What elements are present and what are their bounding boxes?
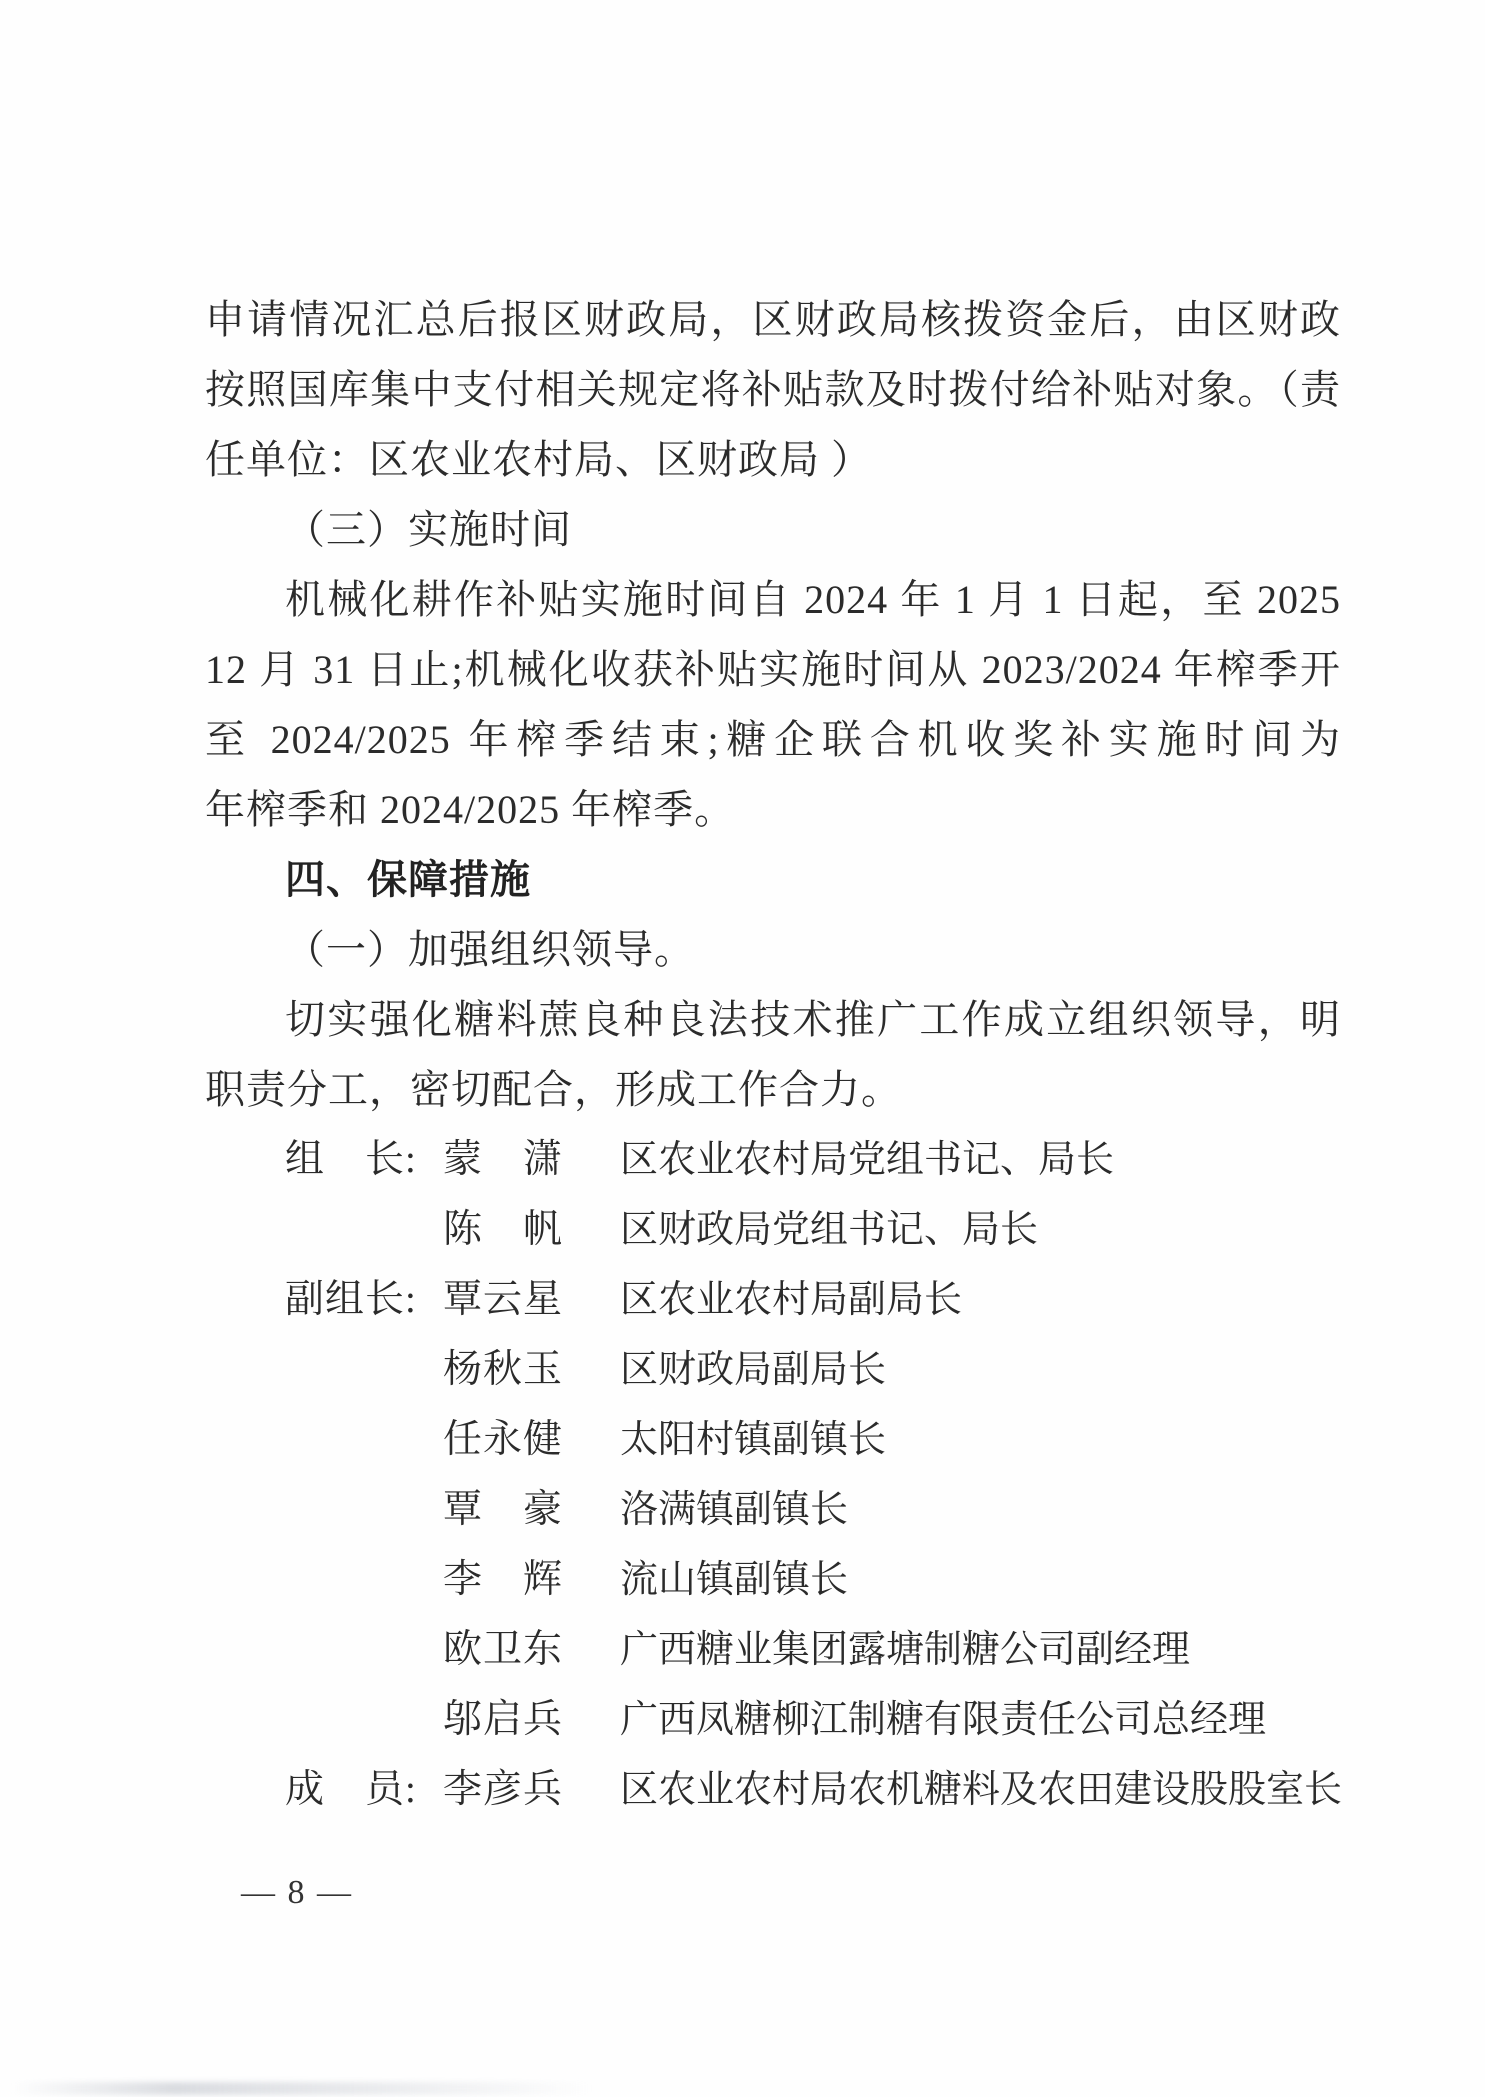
roster-row: 任永健 太阳村镇副镇长 — [285, 1405, 1341, 1475]
text-line: （一）加强组织领导。 — [205, 915, 1341, 985]
roster-title: 区财政局副局长 — [620, 1335, 1341, 1405]
page-number: — 8 — — [241, 1874, 353, 1912]
roster-name: 李彦兵 — [443, 1755, 620, 1825]
text-line: 机械化耕作补贴实施时间自 2024 年 1 月 1 日起，至 2025 年 — [205, 565, 1341, 635]
roster-row: 成 员: 李彦兵 区农业农村局农机糖料及农田建设股股室长 — [285, 1755, 1341, 1825]
roster-name: 李 辉 — [443, 1545, 620, 1615]
roster-title: 区农业农村局副局长 — [620, 1265, 1341, 1335]
text-line: 按照国库集中支付相关规定将补贴款及时拨付给补贴对象。（责 — [205, 355, 1341, 425]
scan-artifact — [12, 2082, 592, 2095]
roster-title: 区农业农村局农机糖料及农田建设股股室长 — [620, 1755, 1342, 1825]
roster-row: 邬启兵 广西凤糖柳江制糖有限责任公司总经理 — [285, 1685, 1341, 1755]
roster-name: 覃云星 — [443, 1265, 620, 1335]
roster-name: 覃 豪 — [443, 1475, 620, 1545]
text-line: 四、保障措施 — [205, 845, 1341, 915]
text-line: 任单位：区农业农村局、区财政局 ） — [205, 425, 1341, 495]
roster-role — [285, 1405, 443, 1475]
roster-title: 流山镇副镇长 — [620, 1545, 1341, 1615]
roster-role — [285, 1685, 443, 1755]
roster-row: 欧卫东 广西糖业集团露塘制糖公司副经理 — [285, 1615, 1341, 1685]
roster-name: 陈 帆 — [443, 1195, 620, 1265]
roster-title: 广西凤糖柳江制糖有限责任公司总经理 — [620, 1685, 1341, 1755]
roster-name: 邬启兵 — [443, 1685, 620, 1755]
roster-title: 太阳村镇副镇长 — [620, 1405, 1341, 1475]
roster-name: 任永健 — [443, 1405, 620, 1475]
roster-row: 杨秋玉 区财政局副局长 — [285, 1335, 1341, 1405]
text-line: （三）实施时间 — [205, 495, 1341, 565]
roster-row: 陈 帆 区财政局党组书记、局长 — [285, 1195, 1341, 1265]
text-line: 申请情况汇总后报区财政局，区财政局核拨资金后，由区财政局 — [205, 285, 1341, 355]
roster-role — [285, 1335, 443, 1405]
paragraph-lines: 申请情况汇总后报区财政局，区财政局核拨资金后，由区财政局按照国库集中支付相关规定… — [205, 285, 1341, 1125]
document-page: 申请情况汇总后报区财政局，区财政局核拨资金后，由区财政局按照国库集中支付相关规定… — [0, 0, 1485, 2097]
roster-role — [285, 1195, 443, 1265]
leadership-roster: 组 长: 蒙 潇 区农业农村局党组书记、局长 陈 帆 区财政局党组书记、局长 副… — [285, 1125, 1341, 1825]
roster-role: 副组长: — [285, 1265, 443, 1335]
roster-role: 成 员: — [285, 1755, 443, 1825]
roster-name: 杨秋玉 — [443, 1335, 620, 1405]
roster-name: 蒙 潇 — [443, 1125, 620, 1195]
text-line: 至 2024/2025 年榨季结束;糖企联合机收奖补实施时间为 2023/202… — [205, 705, 1341, 775]
document-body: 申请情况汇总后报区财政局，区财政局核拨资金后，由区财政局按照国库集中支付相关规定… — [205, 285, 1341, 1825]
roster-title: 洛满镇副镇长 — [620, 1475, 1341, 1545]
roster-row: 覃 豪 洛满镇副镇长 — [285, 1475, 1341, 1545]
text-line: 职责分工，密切配合，形成工作合力。 — [205, 1055, 1341, 1125]
roster-title: 区财政局党组书记、局长 — [620, 1195, 1341, 1265]
roster-row: 组 长: 蒙 潇 区农业农村局党组书记、局长 — [285, 1125, 1341, 1195]
text-line: 12 月 31 日止;机械化收获补贴实施时间从 2023/2024 年榨季开始， — [205, 635, 1341, 705]
text-line: 切实强化糖料蔗良种良法技术推广工作成立组织领导，明确 — [205, 985, 1341, 1055]
roster-row: 副组长: 覃云星 区农业农村局副局长 — [285, 1265, 1341, 1335]
text-line: 年榨季和 2024/2025 年榨季。 — [205, 775, 1341, 845]
roster-role — [285, 1615, 443, 1685]
roster-name: 欧卫东 — [443, 1615, 620, 1685]
roster-role — [285, 1475, 443, 1545]
roster-role: 组 长: — [285, 1125, 443, 1195]
roster-role — [285, 1545, 443, 1615]
roster-row: 李 辉 流山镇副镇长 — [285, 1545, 1341, 1615]
roster-title: 区农业农村局党组书记、局长 — [620, 1125, 1341, 1195]
roster-title: 广西糖业集团露塘制糖公司副经理 — [620, 1615, 1341, 1685]
